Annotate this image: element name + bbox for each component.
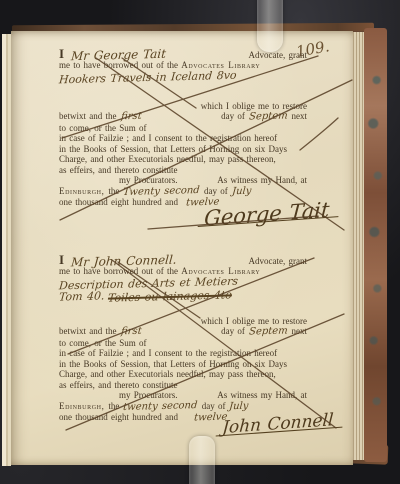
printed-initial: I <box>59 253 64 266</box>
year-printed: one thousand eight hundred and <box>59 197 178 208</box>
register-book: 109. I Mr George Tait Advocate, grant me… <box>2 20 394 468</box>
next-label: next <box>292 326 308 337</box>
witness-label: As witness my Hand, at <box>217 390 307 401</box>
year-printed: one thousand eight hundred and <box>59 412 178 423</box>
effeirs-line: as effeirs, and thereto constitute <box>59 380 307 391</box>
charge-line: Charge, and other Executorials needful, … <box>59 154 307 165</box>
oblige-line: which I oblige me to restore <box>59 101 307 112</box>
betwixt-prefix: betwixt and the <box>59 326 117 337</box>
procurators-line: my Procurators. As witness my Hand, at <box>59 390 307 401</box>
return-month: Septem <box>248 111 287 123</box>
effeirs-line: as effeirs, and thereto constitute <box>59 165 307 176</box>
return-day: first <box>120 112 141 123</box>
borrow-entry: I Mr George Tait Advocate, grant me to h… <box>59 47 307 209</box>
day-of-label: day of <box>204 186 228 197</box>
sum-line: to come, or the Sum of <box>59 123 307 134</box>
printed-initial: I <box>59 47 64 60</box>
advocate-grant-label: Advocate, grant <box>249 256 307 267</box>
betwixt-line: betwixt and the first day of Septem next <box>59 326 307 338</box>
borrower-name: Mr George Tait <box>71 48 167 61</box>
failzie-line: in case of Failzie ; and I consent to th… <box>59 133 307 144</box>
day-of-label: day of <box>221 111 245 122</box>
book-title-volume: Tom 40. <box>58 289 105 303</box>
page-restraint-strap-bottom <box>189 436 215 484</box>
the-label: the <box>108 186 119 197</box>
sum-line: to come, or the Sum of <box>59 338 307 349</box>
edinburgh-label: Edinburgh, <box>59 401 104 412</box>
session-line: in the Books of Session, that Letters of… <box>59 144 307 155</box>
edinburgh-date-line: Edinburgh, the Twenty second day of July <box>59 186 307 198</box>
next-label: next <box>292 111 308 122</box>
charge-line: Charge, and other Executorials needful, … <box>59 369 307 380</box>
session-line: in the Books of Session, that Letters of… <box>59 359 307 370</box>
book-cover-fore-edge <box>364 28 387 462</box>
procurators-label: my Procurators. <box>119 390 178 401</box>
facing-page-edge <box>2 34 11 466</box>
procurators-label: my Procurators. <box>119 175 178 186</box>
page-restraint-strap-top <box>257 0 283 52</box>
book-title-struck-text: Toiles ou lainages 4to <box>107 288 232 304</box>
signing-day: twenty second <box>123 401 198 413</box>
betwixt-prefix: betwixt and the <box>59 111 117 122</box>
signing-month: July <box>229 401 249 412</box>
day-of-label: day of <box>221 326 245 337</box>
oblige-line: which I oblige me to restore <box>59 316 307 327</box>
edinburgh-label: Edinburgh, <box>59 186 104 197</box>
book-title: Hookers Travels in Iceland 8vo <box>59 68 238 86</box>
failzie-line: in case of Failzie ; and I consent to th… <box>59 348 307 359</box>
day-of-label: day of <box>202 401 226 412</box>
borrower-signature: John Connell <box>215 415 343 436</box>
borrower-name: Mr John Connell. <box>71 254 177 267</box>
borrow-entry: I Mr John Connell. Advocate, grant me to… <box>59 253 307 424</box>
witness-label: As witness my Hand, at <box>217 175 307 186</box>
edinburgh-date-line: Edinburgh, the twenty second day of July <box>59 401 307 413</box>
signing-month: July <box>231 186 251 197</box>
signing-day: Twenty second <box>123 185 200 198</box>
borrower-signature: George Tait <box>197 204 339 226</box>
advocate-grant-label: Advocate, grant <box>249 50 307 61</box>
procurators-line: my Procurators. As witness my Hand, at <box>59 175 307 186</box>
register-page: 109. I Mr George Tait Advocate, grant me… <box>11 31 353 465</box>
betwixt-line: betwixt and the first day of Septem next <box>59 111 307 123</box>
return-day: first <box>120 327 141 338</box>
the-label: the <box>108 401 119 412</box>
return-month: Septem <box>248 326 287 338</box>
